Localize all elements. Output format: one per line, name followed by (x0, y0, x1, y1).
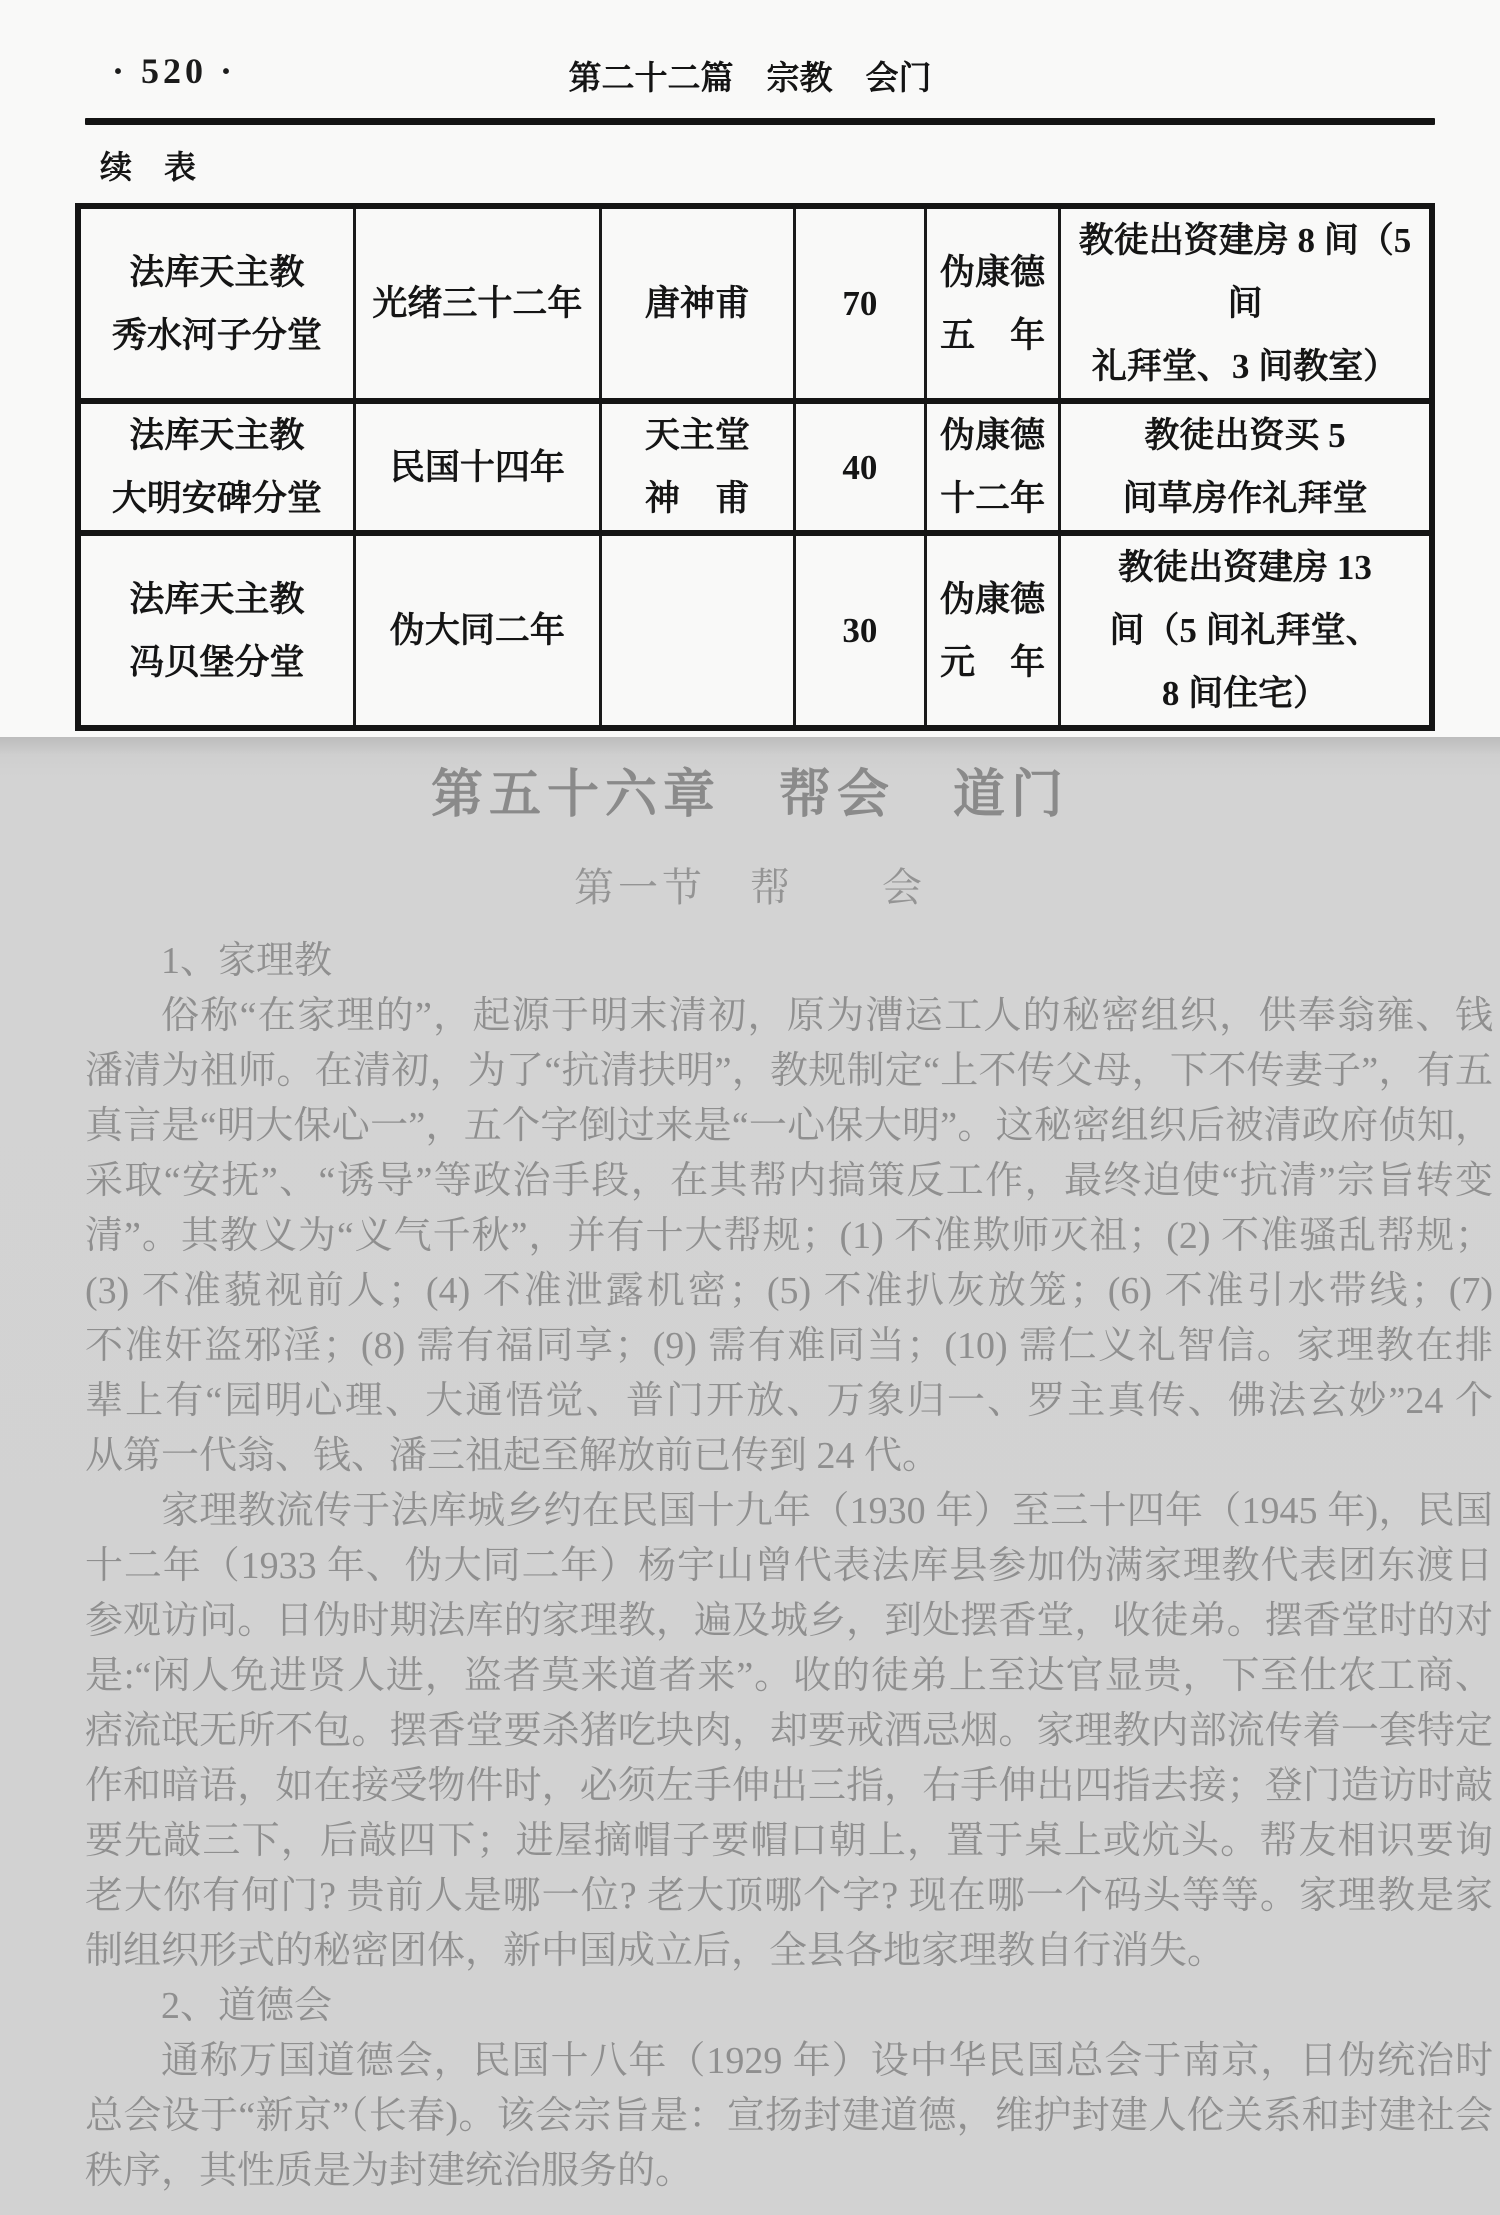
table-cell-line: 伪康德 (933, 404, 1052, 467)
body-line: 作和暗语，如在接受物件时，必须左手伸出三指，右手伸出四指去接；登门造访时敲门 (85, 1759, 1493, 1814)
table-row: 法库天主教大明安碑分堂民国十四年天主堂神 甫40伪康德十二年教徒出资买 5间草房… (78, 401, 1432, 533)
body-line: 是:“闲人免进贤人进，盗者莫来道者来”。收的徒弟上至达官显贵，下至仕农工商、地 (85, 1649, 1493, 1704)
table-cell-line: 教徒出资买 5 (1067, 404, 1423, 467)
table-cell: 唐神甫 (601, 206, 795, 401)
table-cell: 天主堂神 甫 (601, 401, 795, 533)
table-cell: 光绪三十二年 (354, 206, 600, 401)
table-cell-line: 教徒出资建房 8 间（5 间 (1067, 209, 1423, 335)
table-cell-line: 神 甫 (608, 467, 787, 530)
table-cell: 伪康德十二年 (926, 401, 1060, 533)
table-cell-line: 70 (802, 272, 918, 335)
body-line: 总会设于“新京”（长春)。该会宗旨是：宣扬封建道德，维护封建人伦关系和封建社会 (85, 2089, 1493, 2144)
table-cell-line: 40 (802, 436, 918, 499)
table-cell-line: 伪康德 (933, 241, 1052, 304)
table-cell: 教徒出资买 5间草房作礼拜堂 (1060, 401, 1432, 533)
table-cell-line: 秀水河子分堂 (87, 304, 347, 367)
table-body: 法库天主教秀水河子分堂光绪三十二年唐神甫70伪康德五 年教徒出资建房 8 间（5… (78, 206, 1432, 728)
scanned-book-page: · 520 · 第二十二篇 宗教 会门 续 表 法库天主教秀水河子分堂光绪三十二… (0, 0, 1500, 2215)
table-cell: 教徒出资建房 13间（5 间礼拜堂、8 间住宅） (1060, 533, 1432, 728)
table-cell: 伪康德五 年 (926, 206, 1060, 401)
body-line: 1、家理教 (85, 934, 1493, 989)
table-cell-line: 8 间住宅） (1067, 662, 1423, 725)
table-cell: 30 (794, 533, 925, 728)
table-cell-line: 伪大同二年 (362, 599, 593, 662)
table-cell-line: 教徒出资建房 13 (1067, 536, 1423, 599)
table-cell (601, 533, 795, 728)
body-line: 潘清为祖师。在清初，为了“抗清扶明”，教规制定“上不传父母，下不传妻子”，有五字 (85, 1044, 1493, 1099)
table-cell: 民国十四年 (354, 401, 600, 533)
table-cell-line: 光绪三十二年 (362, 272, 593, 335)
table-cell: 教徒出资建房 8 间（5 间礼拜堂、3 间教室） (1060, 206, 1432, 401)
body-line: 十二年（1933 年、伪大同二年）杨宇山曾代表法库县参加伪满家理教代表团东渡日本 (85, 1539, 1493, 1594)
table-cell-line: 礼拜堂、3 间教室） (1067, 335, 1423, 398)
body-line: 采取“安抚”、“诱导”等政治手段，在其帮内搞策反工作，最终迫使“抗清”宗旨转变为… (85, 1154, 1493, 1209)
body-line: 参观访问。日伪时期法库的家理教，遍及城乡，到处摆香堂，收徒弟。摆香堂时的对联 (85, 1594, 1493, 1649)
body-line: 制组织形式的秘密团体，新中国成立后，全县各地家理教自行消失。 (85, 1924, 1493, 1979)
header-rule (85, 118, 1435, 125)
table-cell: 40 (794, 401, 925, 533)
table-cell: 伪康德元 年 (926, 533, 1060, 728)
table-cell-line: 民国十四年 (362, 436, 593, 499)
table-row: 法库天主教冯贝堡分堂伪大同二年30伪康德元 年教徒出资建房 13间（5 间礼拜堂… (78, 533, 1432, 728)
table-cell-line: 法库天主教 (87, 568, 347, 631)
table-cell-line: 五 年 (933, 304, 1052, 367)
catholic-branches-table: 法库天主教秀水河子分堂光绪三十二年唐神甫70伪康德五 年教徒出资建房 8 间（5… (75, 203, 1435, 731)
table-cell: 70 (794, 206, 925, 401)
body-line: 秩序，其性质是为封建统治服务的。 (85, 2144, 1493, 2199)
running-head-title: 第二十二篇 宗教 会门 (0, 52, 1500, 99)
body-line: 清”。其教义为“义气千秋”，并有十大帮规；(1) 不准欺师灭祖；(2) 不准骚乱… (85, 1209, 1493, 1264)
table-cell-line: 间草房作礼拜堂 (1067, 467, 1423, 530)
body-line: 真言是“明大保心一”，五个字倒过来是“一心保大明”。这秘密组织后被清政府侦知，便 (85, 1099, 1493, 1154)
body-line: 通称万国道德会，民国十八年（1929 年）设中华民国总会于南京，日伪统治时期 (85, 2034, 1493, 2089)
table-continued-label: 续 表 (100, 142, 196, 188)
table-cell: 法库天主教秀水河子分堂 (78, 206, 354, 401)
body-line: 要先敲三下，后敲四下；进屋摘帽子要帽口朝上，置于桌上或炕头。帮友相识要询问: (85, 1814, 1493, 1869)
body-line: 老大你有何门? 贵前人是哪一位? 老大顶哪个字? 现在哪一个码头等等。家理教是家… (85, 1869, 1493, 1924)
table-cell-line: 天主堂 (608, 404, 787, 467)
table-cell-line: 伪康德 (933, 568, 1052, 631)
body-line: 家理教流传于法库城乡约在民国十九年（1930 年）至三十四年（1945 年)，民… (85, 1484, 1493, 1539)
table-row: 法库天主教秀水河子分堂光绪三十二年唐神甫70伪康德五 年教徒出资建房 8 间（5… (78, 206, 1432, 401)
section-heading: 第一节 帮 会 (0, 856, 1500, 913)
body-line: 辈上有“园明心理、大通悟觉、普门开放、万象归一、罗主真传、佛法玄妙”24 个字， (85, 1374, 1493, 1429)
body-line: 不准奸盗邪淫；(8) 需有福同享；(9) 需有难同当；(10) 需仁义礼智信。家… (85, 1319, 1493, 1374)
table-cell-line: 法库天主教 (87, 404, 347, 467)
table-cell-line: 法库天主教 (87, 241, 347, 304)
table-cell-line: 冯贝堡分堂 (87, 631, 347, 694)
body-line: 2、道德会 (85, 1979, 1493, 2034)
body-line: 从第一代翁、钱、潘三祖起至解放前已传到 24 代。 (85, 1429, 1493, 1484)
table-cell-line: 间（5 间礼拜堂、 (1067, 599, 1423, 662)
body-line: (3) 不准藐视前人；(4) 不准泄露机密；(5) 不准扒灰放笼；(6) 不准引… (85, 1264, 1493, 1319)
table-cell-line: 十二年 (933, 467, 1052, 530)
table-cell: 法库天主教冯贝堡分堂 (78, 533, 354, 728)
table-cell-line: 元 年 (933, 631, 1052, 694)
table-cell-line: 30 (802, 599, 918, 662)
chapter-heading: 第五十六章 帮会 道门 (0, 752, 1500, 827)
body-line: 痞流氓无所不包。摆香堂要杀猪吃块肉，却要戒酒忌烟。家理教内部流传着一套特定动 (85, 1704, 1493, 1759)
table-cell: 伪大同二年 (354, 533, 600, 728)
table-cell-line: 大明安碑分堂 (87, 467, 347, 530)
table-cell-line: 唐神甫 (608, 272, 787, 335)
body-text: 1、家理教俗称“在家理的”，起源于明末清初，原为漕运工人的秘密组织，供奉翁雍、钱… (85, 934, 1493, 2199)
table-cell: 法库天主教大明安碑分堂 (78, 401, 354, 533)
body-line: 俗称“在家理的”，起源于明末清初，原为漕运工人的秘密组织，供奉翁雍、钱坚、 (85, 989, 1493, 1044)
